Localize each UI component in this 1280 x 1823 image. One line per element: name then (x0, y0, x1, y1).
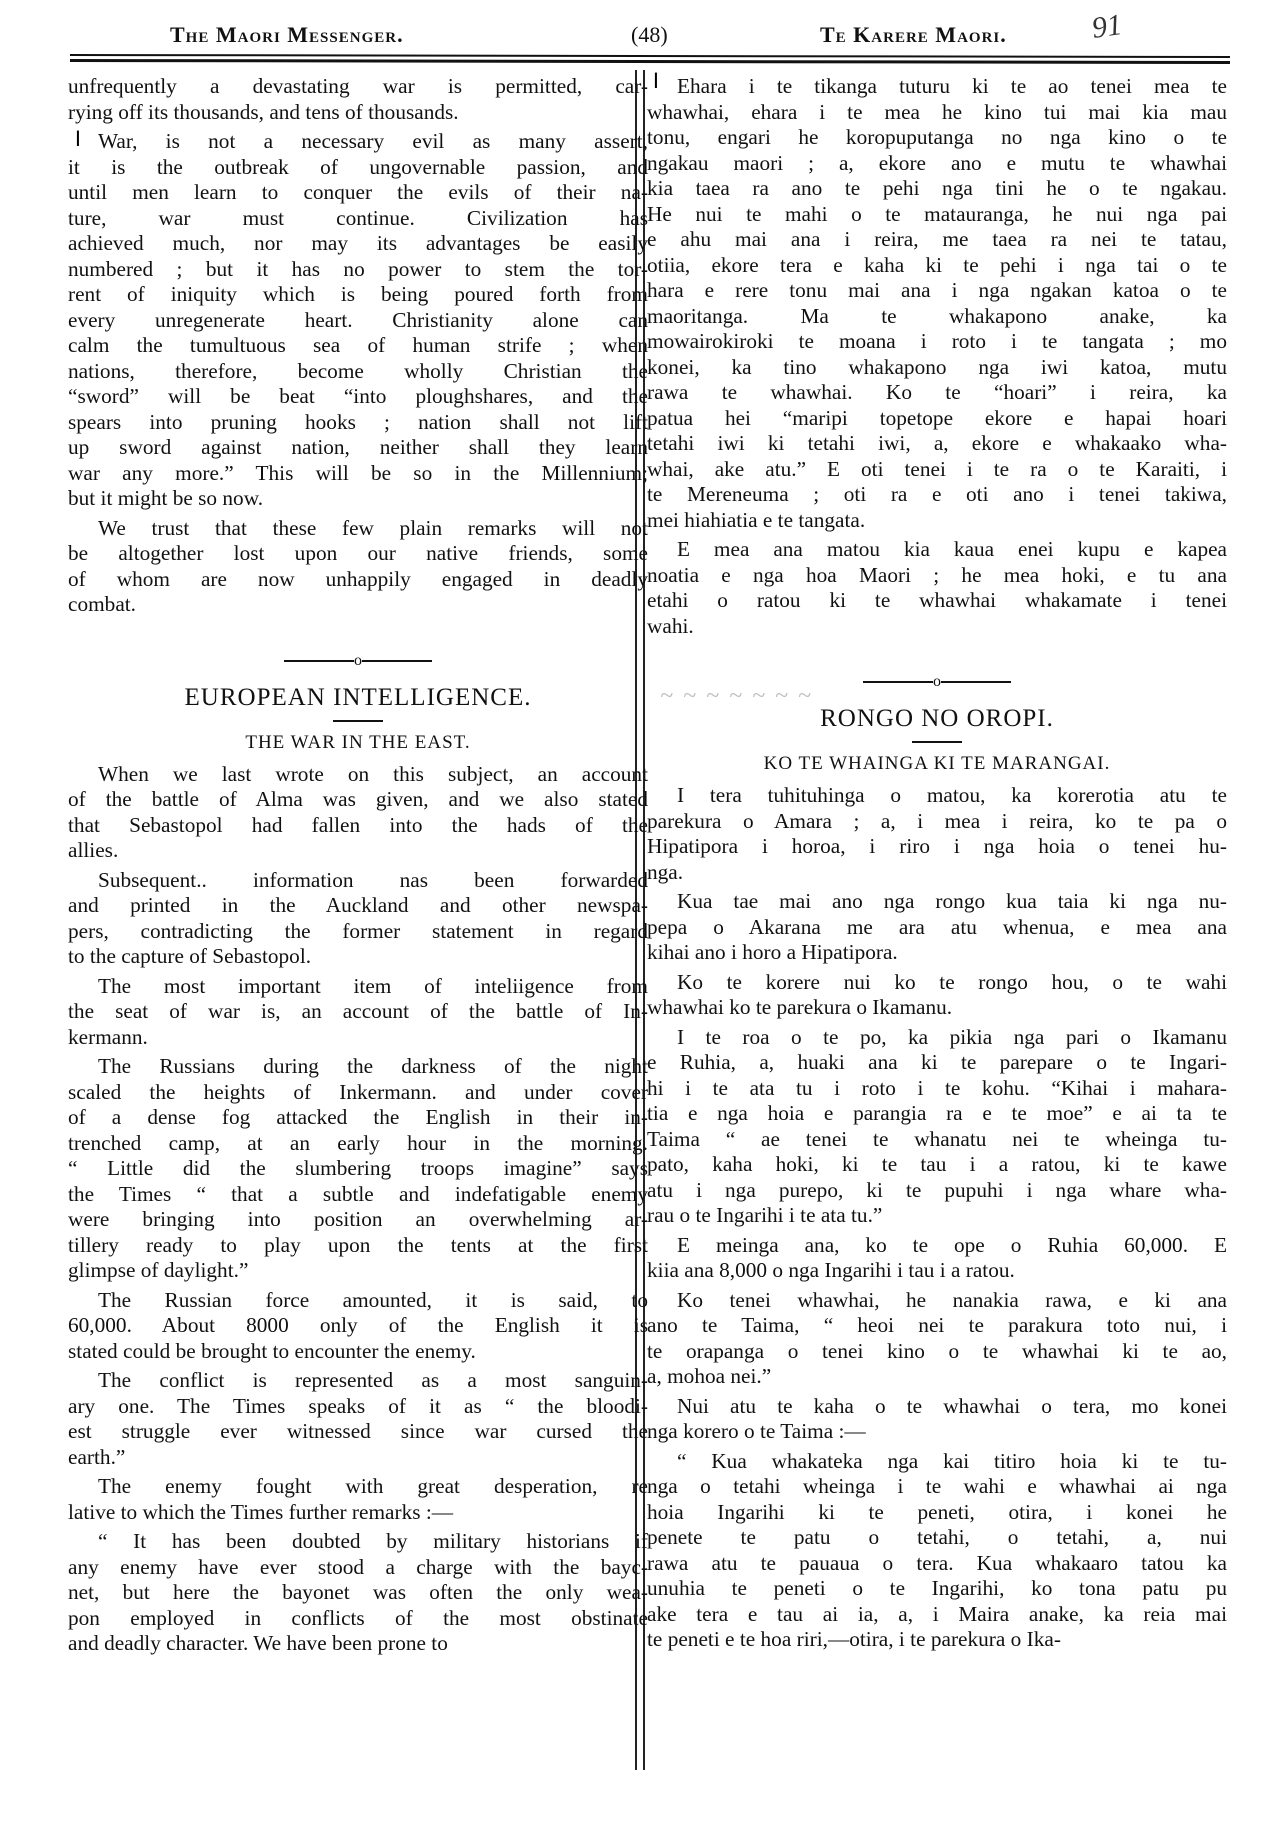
text-line: whawhai, ehara i te mea he kino tui mai … (647, 100, 1227, 126)
text-line: “ Kua whakateka nga kai titiro hoia ki t… (647, 1449, 1227, 1475)
text-line: and printed in the Auckland and other ne… (68, 893, 648, 919)
text-line: kiia ana 8,000 o nga Ingarihi i tau i a … (647, 1258, 1227, 1284)
text-line: otiia, ekore tera e kaha ki te pehi i ng… (647, 253, 1227, 279)
text-line: any enemy have ever stood a charge with … (68, 1555, 648, 1581)
text-line: war any more.” This will be so in the Mi… (68, 461, 648, 487)
text-line: until men learn to conquer the evils of … (68, 180, 648, 206)
paragraph: Ko te korere nui ko te rongo hou, o te w… (647, 970, 1227, 1021)
text-line: up sword against nation, neither shall t… (68, 435, 648, 461)
text-line: rau o te Ingarihi i te ata tu.” (647, 1203, 1227, 1229)
text-line: e ahu mai ana i reira, me taea ra nei te… (647, 227, 1227, 253)
text-line: “ Little did the slumbering troops imagi… (68, 1156, 648, 1182)
text-line: mowairokiroki te moana i roto i te tanga… (647, 329, 1227, 355)
text-line: hara e rere tonu mai ana i nga ngakan ka… (647, 278, 1227, 304)
text-line: to the capture of Sebastopol. (68, 944, 648, 970)
paragraph: Kua tae mai ano nga rongo kua taia ki ng… (647, 889, 1227, 966)
paragraph: I tera tuhituhinga o matou, ka korerotia… (647, 783, 1227, 885)
text-line: tia e nga hoia e parangia ra e te moe” e… (647, 1101, 1227, 1127)
paragraph: War, is not a necessary evil as many ass… (68, 129, 648, 512)
text-line: whawhai ko te parekura o Ikamanu. (647, 995, 1227, 1021)
text-line: mei hiahiatia e te tangata. (647, 508, 1227, 534)
text-line: te orapanga o tenei kino o te whawhai ki… (647, 1339, 1227, 1365)
text-line: Hipatipora i horoa, i riro i nga hoia o … (647, 834, 1227, 860)
paragraph: E mea ana matou kia kaua enei kupu e kap… (647, 537, 1227, 639)
text-line: te peneti e te hoa riri,—otira, i te par… (647, 1627, 1227, 1653)
text-line: “ It has been doubted by military histor… (68, 1529, 648, 1555)
paragraph: Nui atu te kaha o te whawhai o tera, mo … (647, 1394, 1227, 1445)
text-line: nga korero o te Taima :— (647, 1419, 1227, 1445)
text-line: I te roa o te po, ka pikia nga pari o Ik… (647, 1025, 1227, 1051)
text-line: tonu, engari he koropuputanga no nga kin… (647, 125, 1227, 151)
text-line: tetahi iwi ki tetahi iwi, a, ekore e wha… (647, 431, 1227, 457)
text-line: Ko tenei whawhai, he nanakia rawa, e ki … (647, 1288, 1227, 1314)
paragraph: Ko tenei whawhai, he nanakia rawa, e ki … (647, 1288, 1227, 1390)
paragraph: The enemy fought with great desperation,… (68, 1474, 648, 1525)
text-line: ano te Taima, “ heoi nei te parakura tot… (647, 1313, 1227, 1339)
masthead-english-title: The Maori Messenger. (170, 22, 404, 48)
text-line: Taima “ ae tenei te whanatu nei te whein… (647, 1127, 1227, 1153)
text-line: pepa o Akarana me ara atu whenua, e mea … (647, 915, 1227, 941)
paragraph: We trust that these few plain remarks wi… (68, 516, 648, 618)
text-line: spears into pruning hooks ; nation shall… (68, 410, 648, 436)
text-line: rent of iniquity which is being poured f… (68, 282, 648, 308)
text-line: The Russian force amounted, it is said, … (68, 1288, 648, 1314)
pencil-scribble-annotation: ~ ~ ~ ~ ~ ~ ~ (660, 683, 1040, 713)
text-line: Nui atu te kaha o te whawhai o tera, mo … (647, 1394, 1227, 1420)
paragraph: Subsequent.. information nas been forwar… (68, 868, 648, 970)
section-separator: o (68, 652, 648, 670)
text-line: calm the tumultuous sea of human strife … (68, 333, 648, 359)
text-line: ture, war must continue. Civilization ha… (68, 206, 648, 232)
text-line: scaled the heights of Inkermann. and und… (68, 1080, 648, 1106)
text-line: parekura o Amara ; a, i mea i reira, ko … (647, 809, 1227, 835)
paragraph: E meinga ana, ko te ope o Ruhia 60,000. … (647, 1233, 1227, 1284)
masthead-rule-thick (70, 59, 1230, 64)
text-line: a, mohoa nei.” (647, 1364, 1227, 1390)
text-line: the seat of war is, an account of the ba… (68, 999, 648, 1025)
text-line: tillery ready to play upon the tents at … (68, 1233, 648, 1259)
text-line: unuhia te peneti o te Ingarihi, ko tona … (647, 1576, 1227, 1602)
text-line: achieved much, nor may its advantages be… (68, 231, 648, 257)
text-line: every unregenerate heart. Christianity a… (68, 308, 648, 334)
text-line: 60,000. About 8000 only of the English i… (68, 1313, 648, 1339)
text-line: “sword” will be beat “into ploughshares,… (68, 384, 648, 410)
text-line: Ehara i te tikanga tuturu ki te ao tenei… (647, 74, 1227, 100)
pen-mark-icon: ╵ (648, 74, 664, 104)
page-number: (48) (631, 22, 668, 48)
text-line: trenched camp, at an early hour in the m… (68, 1131, 648, 1157)
text-line: The enemy fought with great desperation,… (68, 1474, 648, 1500)
text-line: kia taea ra ano te pehi nga tini he o te… (647, 176, 1227, 202)
text-line: e Ruhia, a, huaki ana ki te parepare o t… (647, 1050, 1227, 1076)
text-line: atu i nga purepo, ki te pupuhi i nga wha… (647, 1178, 1227, 1204)
paragraph: “ It has been doubted by military histor… (68, 1529, 648, 1657)
text-line: be altogether lost upon our native frien… (68, 541, 648, 567)
heading-rule (912, 741, 962, 743)
right-column-maori: Ehara i te tikanga tuturu ki te ao tenei… (647, 74, 1227, 1657)
paragraph: The Russians during the darkness of the … (68, 1054, 648, 1284)
masthead-rule-thin (70, 54, 1230, 58)
editorial-section: unfrequently a devastating war is permit… (68, 74, 648, 618)
separator-bar (362, 660, 432, 662)
handwritten-page-mark: 91 (1090, 8, 1124, 46)
text-line: est struggle ever witnessed since war cu… (68, 1419, 648, 1445)
text-line: lative to which the Times further remark… (68, 1500, 648, 1526)
text-line: of the battle of Alma was given, and we … (68, 787, 648, 813)
left-column-english: unfrequently a devastating war is permit… (68, 74, 648, 1661)
heading-rule (333, 720, 383, 722)
text-line: numbered ; but it has no power to stem t… (68, 257, 648, 283)
article-body: When we last wrote on this subject, an a… (68, 762, 648, 1657)
section-heading: EUROPEAN INTELLIGENCE. (68, 684, 648, 712)
text-line: rawa te whawhai. Ko te “hoari” i reira, … (647, 380, 1227, 406)
text-line: When we last wrote on this subject, an a… (68, 762, 648, 788)
editorial-section: Ehara i te tikanga tuturu ki te ao tenei… (647, 74, 1227, 639)
text-line: hoia Ingarihi ki te peneti, otira, i kon… (647, 1500, 1227, 1526)
text-line: We trust that these few plain remarks wi… (68, 516, 648, 542)
text-line: combat. (68, 592, 648, 618)
text-line: wahi. (647, 614, 1227, 640)
text-line: pon employed in conflicts of the most ob… (68, 1606, 648, 1632)
text-line: ary one. The Times speaks of it as “ the… (68, 1394, 648, 1420)
paragraph: The Russian force amounted, it is said, … (68, 1288, 648, 1365)
text-line: The conflict is represented as a most sa… (68, 1368, 648, 1394)
masthead-maori-title: Te Karere Maori. (820, 22, 1007, 48)
text-line: and deadly character. We have been prone… (68, 1631, 648, 1657)
text-line: maoritanga. Ma te whakapono anake, ka (647, 304, 1227, 330)
text-line: I tera tuhituhinga o matou, ka korerotia… (647, 783, 1227, 809)
paragraph: When we last wrote on this subject, an a… (68, 762, 648, 864)
text-line: noatia e nga hoa Maori ; he mea hoki, e … (647, 563, 1227, 589)
separator-glyph: o (354, 652, 362, 669)
text-line: konei, ka tino whakapono nga iwi katoa, … (647, 355, 1227, 381)
separator-bar (284, 660, 354, 662)
article-subheading: THE WAR IN THE EAST. (68, 732, 648, 754)
text-line: penete te patu o tetahi, o tetahi, a, nu… (647, 1525, 1227, 1551)
text-line: allies. (68, 838, 648, 864)
text-line: whai, ake atu.” E oti tenei i te ra o te… (647, 457, 1227, 483)
text-line: nga o tetahi wheinga i te wahi e whawhai… (647, 1474, 1227, 1500)
text-line: but it might be so now. (68, 486, 648, 512)
text-line: Kua tae mai ano nga rongo kua taia ki ng… (647, 889, 1227, 915)
text-line: kihai ano i horo a Hipatipora. (647, 940, 1227, 966)
text-line: net, but here the bayonet was often the … (68, 1580, 648, 1606)
paragraph: I te roa o te po, ka pikia nga pari o Ik… (647, 1025, 1227, 1229)
paragraph: unfrequently a devastating war is permit… (68, 74, 648, 125)
masthead: The Maori Messenger. (48) Te Karere Maor… (0, 0, 1280, 70)
paragraph: “ Kua whakateka nga kai titiro hoia ki t… (647, 1449, 1227, 1653)
text-line: Subsequent.. information nas been forwar… (68, 868, 648, 894)
text-line: hi i te ata tu i roto i te kohu. “Kihai … (647, 1076, 1227, 1102)
text-line: rying off its thousands, and tens of tho… (68, 100, 648, 126)
pen-mark-icon: ╵ (70, 132, 86, 162)
text-line: nations, therefore, become wholly Christ… (68, 359, 648, 385)
text-line: pers, contradicting the former statement… (68, 919, 648, 945)
text-line: it is the outbreak of ungovernable passi… (68, 155, 648, 181)
text-line: the Times “ that a subtle and indefatiga… (68, 1182, 648, 1208)
text-line: were bringing into position an overwhelm… (68, 1207, 648, 1233)
text-line: E mea ana matou kia kaua enei kupu e kap… (647, 537, 1227, 563)
text-line: nga. (647, 860, 1227, 886)
text-line: The Russians during the darkness of the … (68, 1054, 648, 1080)
text-line: The most important item of inteliigence … (68, 974, 648, 1000)
text-line: kermann. (68, 1025, 648, 1051)
text-line: te Mereneuma ; oti ra e oti ano i tenei … (647, 482, 1227, 508)
text-line: of a dense fog attacked the English in t… (68, 1105, 648, 1131)
text-line: of whom are now unhappily engaged in dea… (68, 567, 648, 593)
text-line: earth.” (68, 1445, 648, 1471)
text-line: etahi o ratou ki te whawhai whakamate i … (647, 588, 1227, 614)
text-line: unfrequently a devastating war is permit… (68, 74, 648, 100)
text-line: pato, kaha hoki, ki te tau i a ratou, ki… (647, 1152, 1227, 1178)
paragraph: The most important item of inteliigence … (68, 974, 648, 1051)
text-line: glimpse of daylight.” (68, 1258, 648, 1284)
paragraph: Ehara i te tikanga tuturu ki te ao tenei… (647, 74, 1227, 533)
text-line: E meinga ana, ko te ope o Ruhia 60,000. … (647, 1233, 1227, 1259)
text-line: He nui te mahi o te matauranga, he nui n… (647, 202, 1227, 228)
text-line: that Sebastopol had fallen into the hads… (68, 813, 648, 839)
text-line: ngakau maori ; a, ekore ano e mutu te wh… (647, 151, 1227, 177)
text-line: stated could be brought to encounter the… (68, 1339, 648, 1365)
text-line: Ko te korere nui ko te rongo hou, o te w… (647, 970, 1227, 996)
text-line: patua hei “maripi topetope ekore e hapai… (647, 406, 1227, 432)
article-body: I tera tuhituhinga o matou, ka korerotia… (647, 783, 1227, 1653)
article-subheading: KO TE WHAINGA KI TE MARANGAI. (647, 753, 1227, 775)
text-line: rawa atu te pauaua o tera. Kua whakaaro … (647, 1551, 1227, 1577)
paragraph: The conflict is represented as a most sa… (68, 1368, 648, 1470)
text-line: ake tera e tau ai ia, a, i Maira anake, … (647, 1602, 1227, 1628)
text-line: War, is not a necessary evil as many ass… (68, 129, 648, 155)
